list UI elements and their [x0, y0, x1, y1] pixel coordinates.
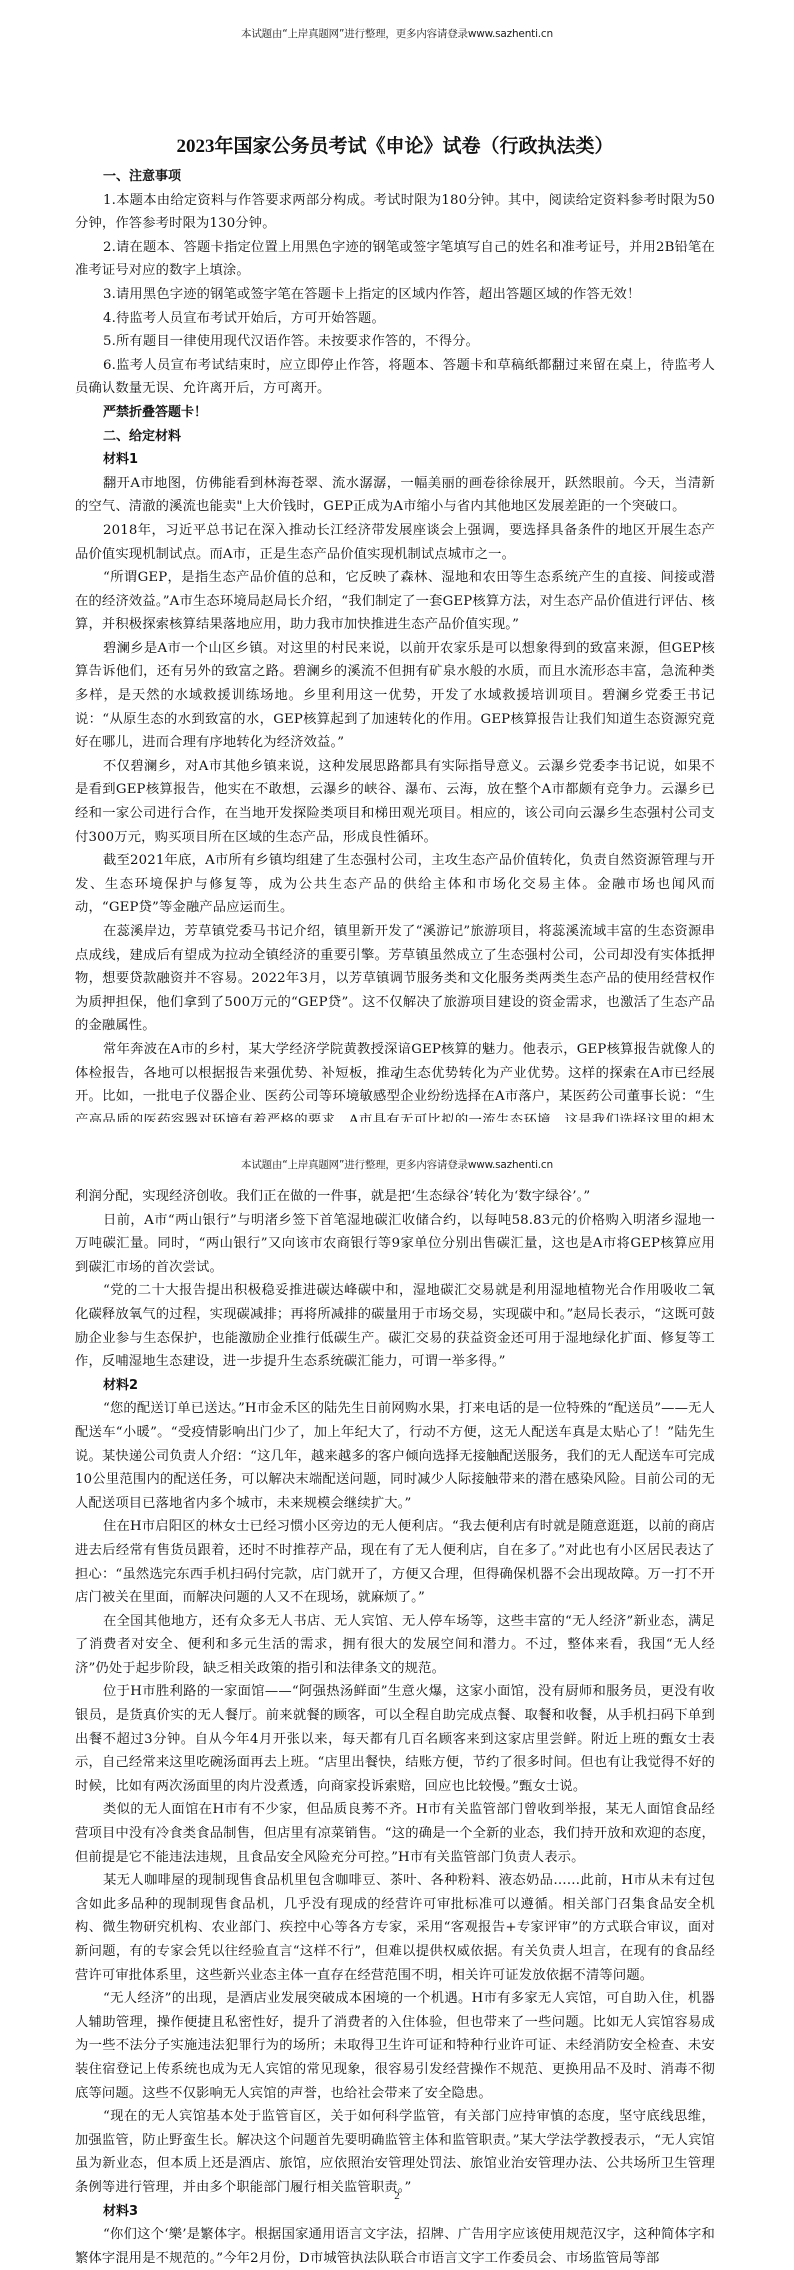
- paragraph: 日前，A市“两山银行”与明渚乡签下首笔湿地碳汇收储合约，以每吨58.83元的价格…: [75, 1209, 715, 1280]
- section-heading: 一、注意事项: [75, 165, 715, 189]
- page-header-watermark: 本试题由“上岸真题网”进行整理，更多内容请登录www.sazhenti.cn: [0, 1157, 794, 1172]
- paragraph: “你们这个‘樂’是繁体字。根据国家通用语言文字法，招牌、广告用字应该使用规范汉字…: [75, 2223, 715, 2270]
- document-title: 2023年国家公务员考试《申论》试卷（行政执法类）: [75, 133, 715, 161]
- paragraph: 翻开A市地图，仿佛能看到林海苍翠、流水潺潺，一幅美丽的画卷徐徐展开，跃然眼前。今…: [75, 472, 715, 519]
- paragraph: 4.待监考人员宣布考试开始后，方可开始答题。: [75, 307, 715, 331]
- paragraph: 在全国其他地方，还有众多无人书店、无人宾馆、无人停车场等，这些丰富的“无人经济”…: [75, 1610, 715, 1681]
- section-heading: 材料3: [75, 2200, 715, 2224]
- paragraph: “所谓GEP，是指生态产品价值的总和，它反映了森林、湿地和农田等生态系统产生的直…: [75, 566, 715, 637]
- section-heading: 严禁折叠答题卡！: [75, 401, 715, 425]
- page-header-watermark: 本试题由“上岸真题网”进行整理，更多内容请登录www.sazhenti.cn: [0, 26, 794, 41]
- paragraph: 住在H市启阳区的林女士已经习惯小区旁边的无人便利店。“我去便利店有时就是随意逛逛…: [75, 1515, 715, 1609]
- paragraph: 3.请用黑色字迹的钢笔或签字笔在答题卡上指定的区域内作答，超出答题区域的作答无效…: [75, 283, 715, 307]
- paragraph: 在蕊溪岸边，芳草镇党委马书记介绍，镇里新开发了“溪游记”旅游项目，将蕊溪流域丰富…: [75, 920, 715, 1038]
- page-content: 利润分配，实现经济创收。我们正在做的一件事，就是把‘生态绿谷’转化为‘数字绿谷’…: [75, 1185, 715, 2270]
- paragraph: 某无人咖啡屋的现制现售食品机里包含咖啡豆、茶叶、各种粉料、液态奶品……此前，H市…: [75, 1869, 715, 1987]
- paragraph: 1.本题本由给定资料与作答要求两部分构成。考试时限为180分钟。其中，阅读给定资…: [75, 189, 715, 236]
- paragraph: 位于H市胜利路的一家面馆——“阿强热汤鲜面”生意火爆，这家小面馆，没有厨师和服务…: [75, 1680, 715, 1798]
- section-heading: 二、给定材料: [75, 425, 715, 449]
- page-number: 2: [0, 2190, 794, 2202]
- paragraph-continuation: 利润分配，实现经济创收。我们正在做的一件事，就是把‘生态绿谷’转化为‘数字绿谷’…: [75, 1185, 715, 1209]
- paragraph: 碧澜乡是A市一个山区乡镇。对这里的村民来说，以前开农家乐是可以想象得到的致富来源…: [75, 637, 715, 755]
- document-page-1: 本试题由“上岸真题网”进行整理，更多内容请登录www.sazhenti.cn 2…: [0, 0, 794, 1122]
- paragraph: 类似的无人面馆在H市有不少家，但品质良莠不齐。H市有关监管部门曾收到举报，某无人…: [75, 1798, 715, 1869]
- page-blocks: 一、注意事项1.本题本由给定资料与作答要求两部分构成。考试时限为180分钟。其中…: [75, 165, 715, 1203]
- document-page-2: 本试题由“上岸真题网”进行整理，更多内容请登录www.sazhenti.cn 利…: [0, 1122, 794, 2244]
- page-number: 1: [0, 1070, 794, 1082]
- section-heading: 材料2: [75, 1374, 715, 1398]
- paragraph: 2.请在题本、答题卡指定位置上用黑色字迹的钢笔或签字笔填写自己的姓名和准考证号，…: [75, 236, 715, 283]
- paragraph: 5.所有题目一律使用现代汉语作答。未按要求作答的，不得分。: [75, 330, 715, 354]
- paragraph: 6.监考人员宣布考试结束时，应立即停止作答，将题本、答题卡和草稿纸都翻过来留在桌…: [75, 354, 715, 401]
- paragraph: 截至2021年底，A市所有乡镇均组建了生态强村公司，主攻生态产品价值转化，负责自…: [75, 849, 715, 920]
- section-heading: 材料1: [75, 448, 715, 472]
- page-blocks: 利润分配，实现经济创收。我们正在做的一件事，就是把‘生态绿谷’转化为‘数字绿谷’…: [75, 1185, 715, 2270]
- paragraph: “现在的无人宾馆基本处于监管盲区，关于如何科学监管，有关部门应持审慎的态度，坚守…: [75, 2105, 715, 2199]
- page-content: 2023年国家公务员考试《申论》试卷（行政执法类） 一、注意事项1.本题本由给定…: [75, 133, 715, 1203]
- paragraph: “无人经济”的出现，是酒店业发展突破成本困境的一个机遇。H市有多家无人宾馆，可自…: [75, 1987, 715, 2105]
- paragraph: “您的配送订单已送达。”H市金禾区的陆先生日前网购水果，打来电话的是一位特殊的“…: [75, 1397, 715, 1515]
- paragraph: “党的二十大报告提出积极稳妥推进碳达峰碳中和，湿地碳汇交易就是利用湿地植物光合作…: [75, 1279, 715, 1373]
- paragraph: 2018年，习近平总书记在深入推动长江经济带发展座谈会上强调，要选择具备条件的地…: [75, 519, 715, 566]
- paragraph: 不仅碧澜乡，对A市其他乡镇来说，这种发展思路都具有实际指导意义。云瀑乡党委李书记…: [75, 755, 715, 849]
